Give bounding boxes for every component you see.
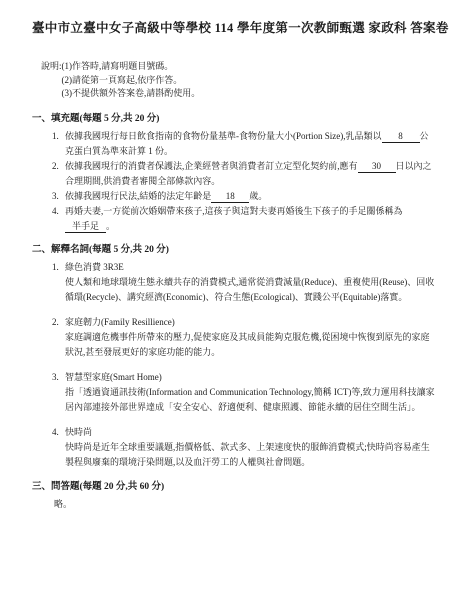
section-fill-in-blanks: 一、填充題(每題 5 分,共 20 分) 1. 依據我國現行每日飲食指南的食物份…: [32, 112, 435, 234]
term-item-2-body: 家庭韌力(Family Resillience) 家庭調適危機事件所帶來的壓力,…: [65, 315, 435, 360]
term-item-2-term: 家庭韌力(Family Resillience): [65, 315, 435, 330]
fill-item-3-pre: 依據我國現行民法,結婚的法定年齡是: [65, 191, 211, 201]
fill-item-1: 1. 依據我國現行每日飲食指南的食物份量基準-食物份量大小(Portion Si…: [52, 129, 435, 159]
term-item-1-number: 1.: [52, 260, 65, 305]
term-item-4-definition: 快時尚是近年全球重要議題,指價格低、款式多、上架速度快的服飾消費模式;快時尚容易…: [65, 440, 435, 470]
fill-item-4-answer-blank: 半手足: [65, 221, 106, 233]
term-item-3-term: 智慧型家庭(Smart Home): [65, 370, 435, 385]
fill-item-4-number: 4.: [52, 204, 65, 234]
fill-item-1-number: 1.: [52, 129, 65, 159]
fill-item-3-text: 依據我國現行民法,結婚的法定年齡是18歲。: [65, 189, 435, 204]
term-item-2: 2. 家庭韌力(Family Resillience) 家庭調適危機事件所帶來的…: [52, 315, 435, 360]
term-item-3-number: 3.: [52, 370, 65, 415]
instructions-label: 說明:: [41, 60, 62, 101]
fill-item-4-text: 再婚夫妻,一方從前次婚姻帶來孩子,這孩子與這對夫妻再婚後生下孩子的手足關係稱為半…: [65, 204, 435, 234]
page-title: 臺中市立臺中女子高級中等學校 114 學年度第一次教師甄選 家政科 答案卷: [32, 18, 435, 36]
instruction-line-2: (2)請從第一頁寫起,依序作答。: [62, 74, 435, 88]
essay-content: 略。: [54, 497, 435, 512]
fill-item-4: 4. 再婚夫妻,一方從前次婚姻帶來孩子,這孩子與這對夫妻再婚後生下孩子的手足關係…: [52, 204, 435, 234]
fill-item-4-post: 。: [106, 221, 115, 231]
term-item-4-term: 快時尚: [65, 425, 435, 440]
term-item-2-definition: 家庭調適危機事件所帶來的壓力,促使家庭及其成員能夠克服危機,從困境中恢復到原先的…: [65, 330, 435, 360]
fill-item-1-text: 依據我國現行每日飲食指南的食物份量基準-食物份量大小(Portion Size)…: [65, 129, 435, 159]
term-item-3: 3. 智慧型家庭(Smart Home) 指「透過資通訊技術(Informati…: [52, 370, 435, 415]
term-item-3-body: 智慧型家庭(Smart Home) 指「透過資通訊技術(Information …: [65, 370, 435, 415]
term-item-4: 4. 快時尚 快時尚是近年全球重要議題,指價格低、款式多、上架速度快的服飾消費模…: [52, 425, 435, 470]
term-item-1-term: 綠色消費 3R3E: [65, 260, 435, 275]
fill-item-1-pre: 依據我國現行每日飲食指南的食物份量基準-食物份量大小(Portion Size)…: [65, 131, 382, 141]
instructions-block: 說明: (1)作答時,請寫明題目號碼。 (2)請從第一頁寫起,依序作答。 (3)…: [41, 60, 435, 101]
term-item-1-definition: 使人類和地球環境生態永續共存的消費模式,通常從消費減量(Reduce)、重複使用…: [65, 275, 435, 305]
term-item-1-body: 綠色消費 3R3E 使人類和地球環境生態永續共存的消費模式,通常從消費減量(Re…: [65, 260, 435, 305]
instructions-lines: (1)作答時,請寫明題目號碼。 (2)請從第一頁寫起,依序作答。 (3)不提供額…: [62, 60, 435, 101]
section-essay-heading: 三、問答題(每題 20 分,共 60 分): [32, 480, 435, 495]
term-item-1: 1. 綠色消費 3R3E 使人類和地球環境生態永續共存的消費模式,通常從消費減量…: [52, 260, 435, 305]
instruction-line-3: (3)不提供額外答案卷,請斟酌使用。: [62, 87, 435, 101]
fill-item-2-answer-blank: 30: [358, 161, 396, 173]
fill-item-3: 3. 依據我國現行民法,結婚的法定年齡是18歲。: [52, 189, 435, 204]
section-terms-heading: 二、解釋名詞(每題 5 分,共 20 分): [32, 243, 435, 258]
instruction-line-1: (1)作答時,請寫明題目號碼。: [62, 60, 435, 74]
fill-item-4-pre: 再婚夫妻,一方從前次婚姻帶來孩子,這孩子與這對夫妻再婚後生下孩子的手足關係稱為: [65, 206, 403, 216]
fill-item-2: 2. 依據我國現行的消費者保護法,企業經營者與消費者訂立定型化契約前,應有30日…: [52, 159, 435, 189]
term-item-3-definition: 指「透過資通訊技術(Information and Communication …: [65, 385, 435, 415]
term-item-4-number: 4.: [52, 425, 65, 470]
section-term-definitions: 二、解釋名詞(每題 5 分,共 20 分) 1. 綠色消費 3R3E 使人類和地…: [32, 243, 435, 470]
section-essay-questions: 三、問答題(每題 20 分,共 60 分) 略。: [32, 480, 435, 512]
section-fill-heading: 一、填充題(每題 5 分,共 20 分): [32, 112, 435, 127]
term-item-2-number: 2.: [52, 315, 65, 360]
answer-sheet-page: 臺中市立臺中女子高級中等學校 114 學年度第一次教師甄選 家政科 答案卷 說明…: [0, 0, 461, 600]
fill-item-3-number: 3.: [52, 189, 65, 204]
fill-item-3-answer-blank: 18: [211, 191, 249, 203]
fill-item-2-text: 依據我國現行的消費者保護法,企業經營者與消費者訂立定型化契約前,應有30日以內之…: [65, 159, 435, 189]
fill-item-2-number: 2.: [52, 159, 65, 189]
fill-item-3-post: 歲。: [249, 191, 267, 201]
fill-item-1-answer-blank: 8: [382, 131, 420, 143]
term-item-4-body: 快時尚 快時尚是近年全球重要議題,指價格低、款式多、上架速度快的服飾消費模式;快…: [65, 425, 435, 470]
fill-item-2-pre: 依據我國現行的消費者保護法,企業經營者與消費者訂立定型化契約前,應有: [65, 161, 358, 171]
